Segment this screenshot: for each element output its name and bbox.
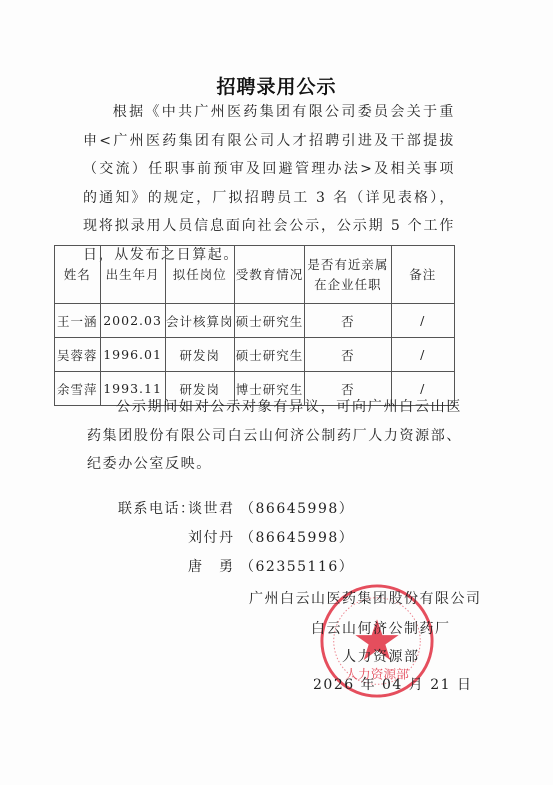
cell-education: 硕士研究生 — [234, 338, 304, 372]
header-name: 姓名 — [55, 246, 101, 304]
header-relatives-line1: 是否有近亲属 — [307, 257, 388, 272]
cell-education: 硕士研究生 — [234, 304, 304, 338]
header-birth: 出生年月 — [100, 246, 165, 304]
cell-position: 会计核算岗 — [165, 304, 234, 338]
header-education: 受教育情况 — [234, 246, 304, 304]
contact-name: 谈世君 — [188, 495, 240, 524]
intro-text: 根据《中共广州医药集团有限公司委员会关于重申<广州医药集团有限公司人才招聘引进及… — [83, 104, 455, 263]
cell-remark: / — [391, 304, 454, 338]
contact-name: 唐 勇 — [188, 553, 240, 582]
signature-date: 2026 年 04 月 21 日 — [313, 674, 473, 694]
cell-birth: 2002.03 — [100, 304, 165, 338]
document-page: 招聘录用公示 根据《中共广州医药集团有限公司委员会关于重申<广州医药集团有限公司… — [0, 0, 553, 785]
cell-name: 吴蓉蓉 — [55, 338, 101, 372]
contact-item: 唐 勇（62355116） — [118, 553, 354, 582]
contact-phone: （62355116） — [240, 559, 354, 575]
contact-list: 联系电话：谈世君（86645998） 刘付丹（86645998） 唐 勇（623… — [118, 495, 354, 582]
contact-name: 刘付丹 — [188, 524, 240, 553]
contact-label: 联系电话： — [118, 495, 188, 524]
cell-relatives: 否 — [305, 338, 391, 372]
header-relatives-line2: 在企业任职 — [314, 277, 382, 292]
signature-department: 人力资源部 — [342, 646, 420, 666]
table-row: 王一涵 2002.03 会计核算岗 硕士研究生 否 / — [55, 304, 455, 338]
objection-paragraph: 公示期间如对公示对象有异议，可向广州白云山医药集团股份有限公司白云山何济公制药厂… — [87, 393, 462, 479]
header-relatives: 是否有近亲属在企业任职 — [305, 246, 391, 304]
contact-item: 刘付丹（86645998） — [118, 524, 354, 553]
recruitment-table: 姓名 出生年月 拟任岗位 受教育情况 是否有近亲属在企业任职 备注 王一涵 20… — [54, 245, 455, 406]
cell-remark: / — [391, 338, 454, 372]
signature-company: 广州白云山医药集团股份有限公司 — [249, 588, 482, 608]
objection-text: 公示期间如对公示对象有异议，可向广州白云山医药集团股份有限公司白云山何济公制药厂… — [87, 399, 462, 472]
table-header-row: 姓名 出生年月 拟任岗位 受教育情况 是否有近亲属在企业任职 备注 — [55, 246, 455, 304]
table-row: 吴蓉蓉 1996.01 研发岗 硕士研究生 否 / — [55, 338, 455, 372]
header-position: 拟任岗位 — [165, 246, 234, 304]
intro-paragraph: 根据《中共广州医药集团有限公司委员会关于重申<广州医药集团有限公司人才招聘引进及… — [83, 98, 455, 269]
contact-phone: （86645998） — [240, 530, 354, 546]
cell-name: 王一涵 — [55, 304, 101, 338]
header-remark: 备注 — [391, 246, 454, 304]
contact-item: 联系电话：谈世君（86645998） — [118, 495, 354, 524]
signature-factory: 白云山何济公制药厂 — [311, 618, 451, 638]
contact-phone: （86645998） — [240, 501, 354, 517]
cell-position: 研发岗 — [165, 338, 234, 372]
page-title: 招聘录用公示 — [0, 72, 553, 99]
cell-birth: 1996.01 — [100, 338, 165, 372]
cell-relatives: 否 — [305, 304, 391, 338]
